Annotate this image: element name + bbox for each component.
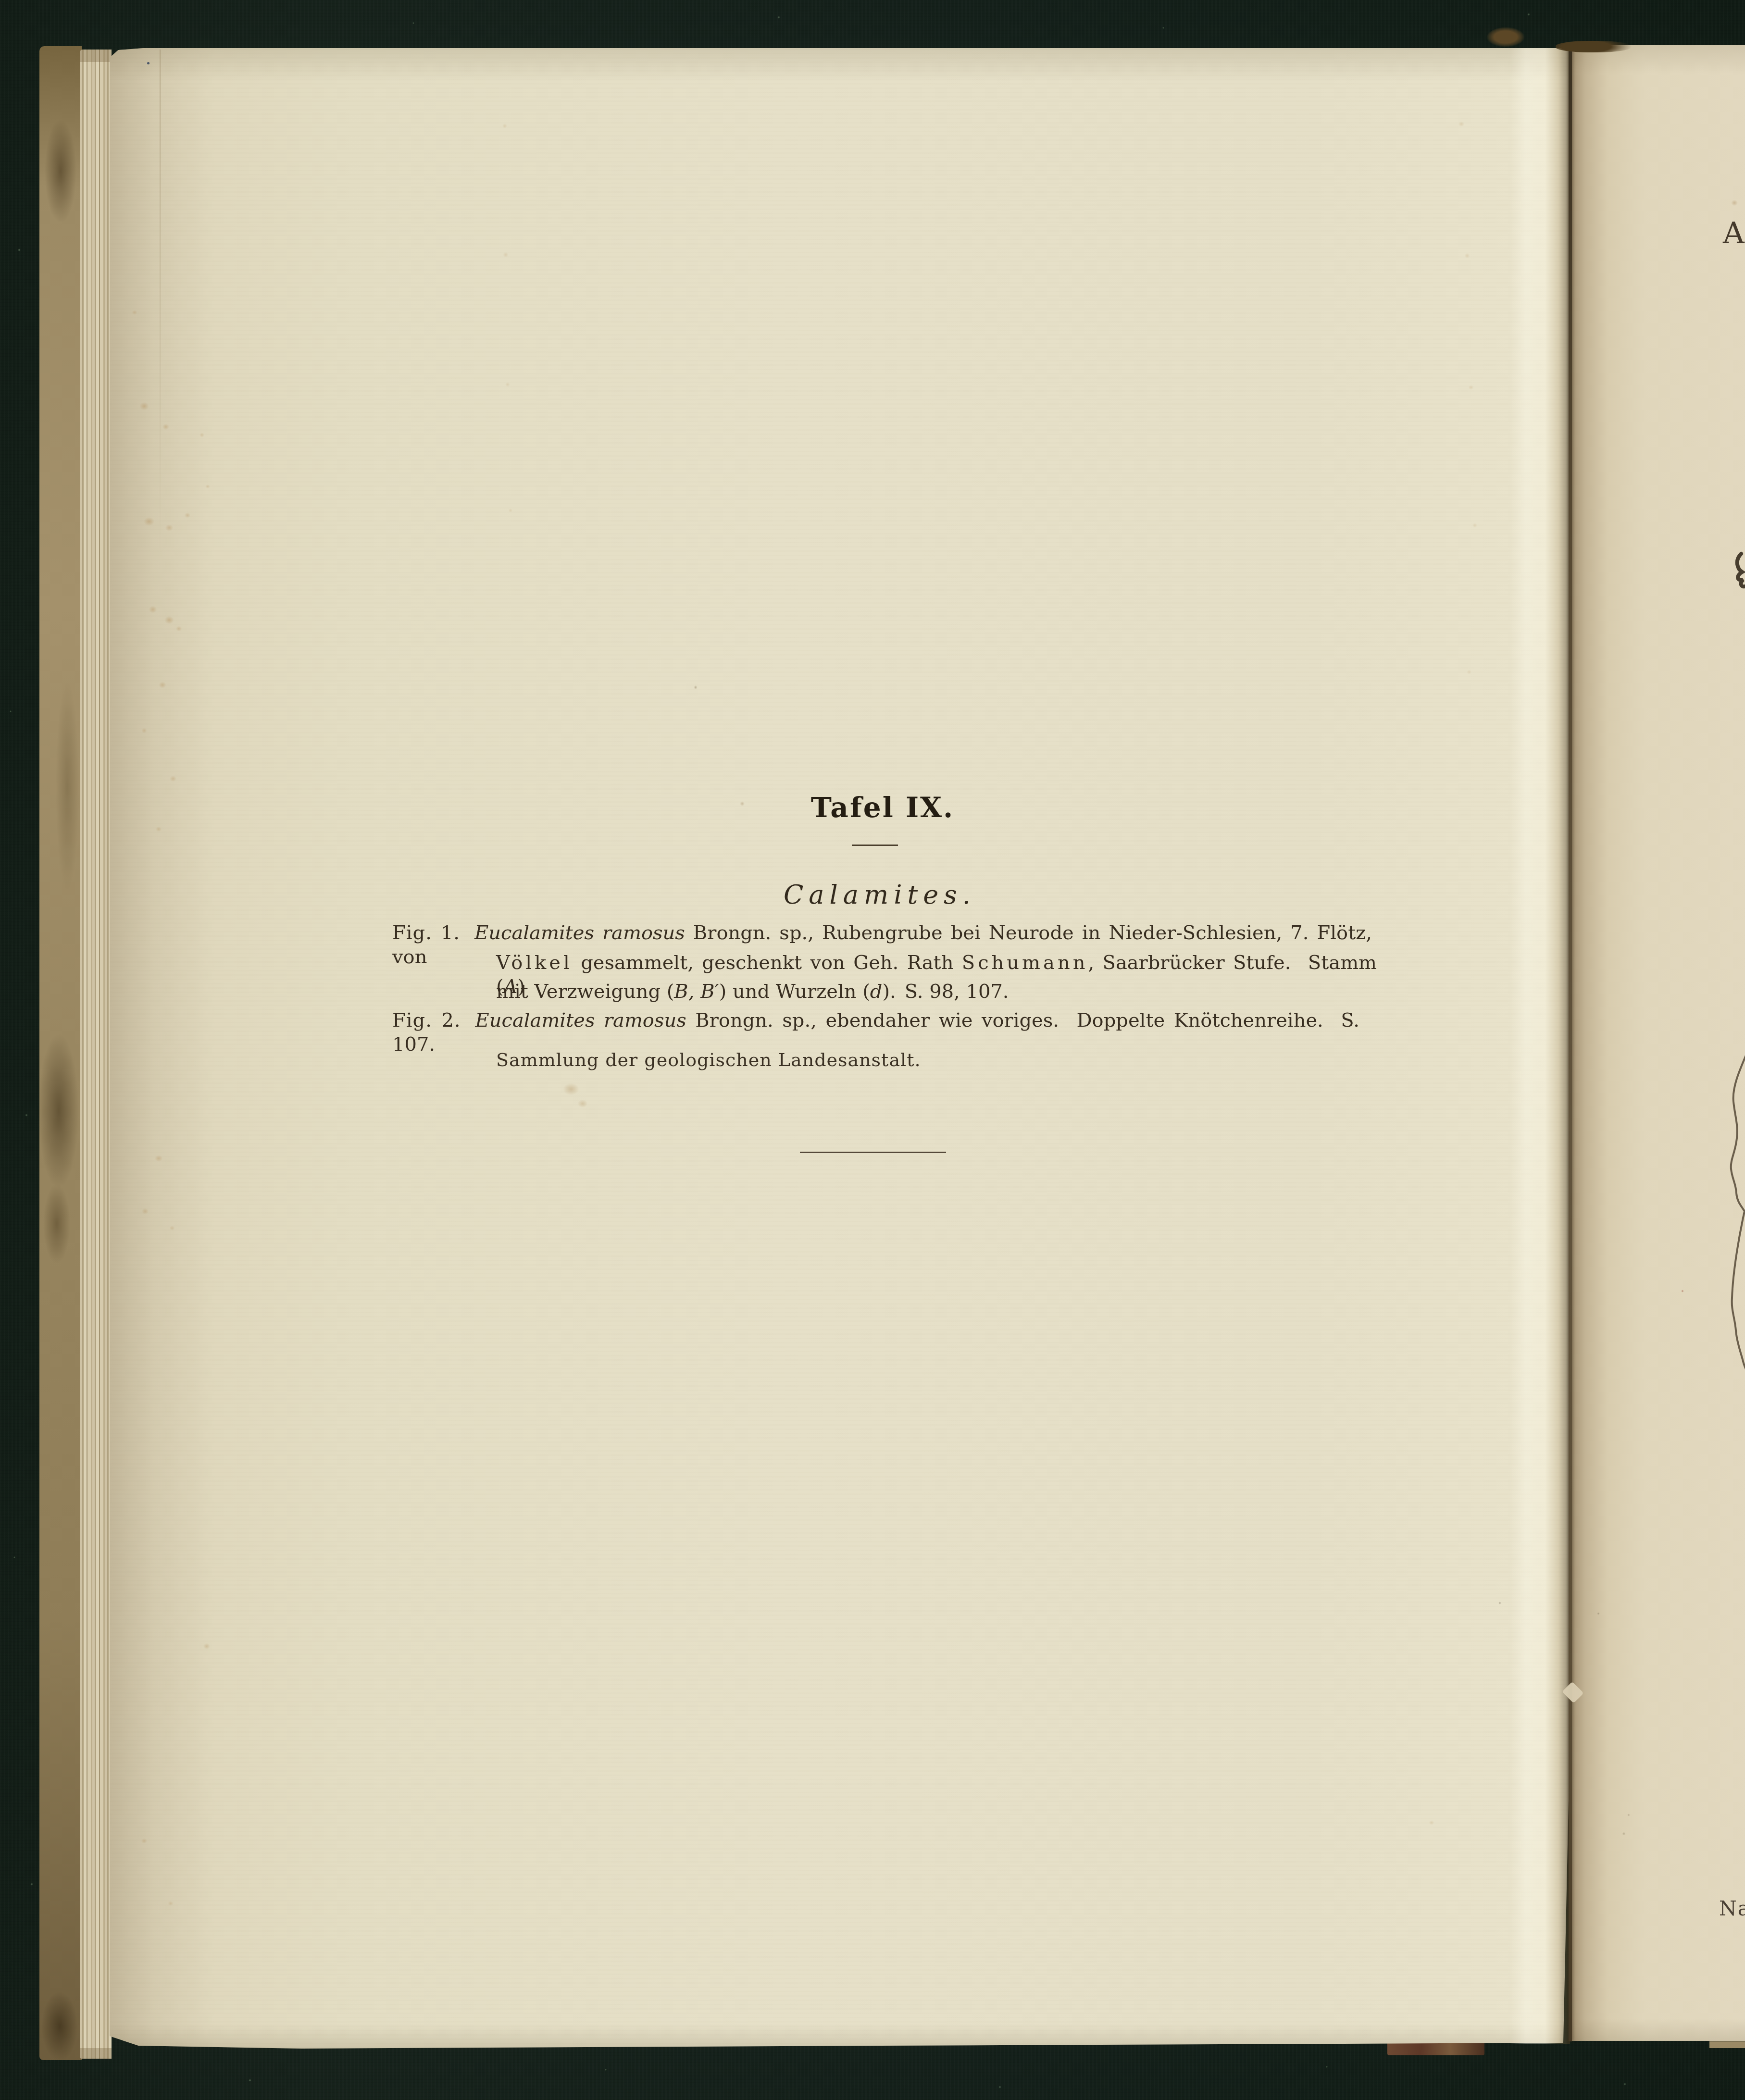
- heading-separator-rule: [852, 845, 898, 846]
- fig1-line3-mid: ) und Wurzeln (: [719, 981, 870, 1003]
- genus-heading: Calamites.: [784, 880, 976, 910]
- fig1-donor-spaced: Schumann: [962, 952, 1088, 974]
- fig2-species-italic: Eucalamites ramosus: [475, 1009, 686, 1031]
- facing-page-caption-fragment: Nac: [1719, 1897, 1745, 1920]
- binding-residue-background: [1486, 27, 1525, 47]
- fig1-collector-spaced: Völkel: [496, 952, 573, 974]
- fig1-line2-tail: , Saarbrücker Stufe.: [1088, 952, 1291, 974]
- page-gutter-line: [1569, 46, 1572, 2041]
- fig2-detail: Doppelte Knötchenreihe.: [1077, 1009, 1323, 1031]
- fig2-label: Fig. 2.: [392, 1009, 461, 1031]
- underlying-page-edge: [160, 50, 161, 559]
- footer-separator-rule: [800, 1152, 946, 1153]
- book-scan-scene: Tafel IX. Calamites. Fig. 1.Eucalamites …: [0, 0, 1745, 2100]
- fig1-line3: mit Verzweigung (B, B′) und Wurzeln (d).…: [496, 980, 1009, 1004]
- fig1-species-italic: Eucalamites ramosus: [474, 922, 685, 944]
- fig1-letter-d-italic: d: [870, 981, 883, 1003]
- ink-speck: [147, 62, 150, 64]
- right-facing-page: [1572, 45, 1745, 2041]
- fig1-line2-text: gesammelt, geschenkt von Geh. Rath: [581, 952, 953, 974]
- stacked-page-edges: [80, 50, 112, 2059]
- binding-residue-top: [1556, 41, 1632, 52]
- fig1-label: Fig. 1.: [392, 922, 460, 944]
- collection-note: Sammlung der geologischen Landesanstalt.: [496, 1049, 921, 1072]
- book-cover-fore-edge: [39, 46, 82, 2060]
- fig1-letters-BB-italic: B, B′: [674, 981, 719, 1003]
- fig1-line3-pre: mit Verzweigung (: [496, 981, 674, 1003]
- fig1-line3-tail: ).: [882, 981, 896, 1003]
- cover-edge-bottom-right-fragment: [1709, 2041, 1745, 2048]
- facing-page-header-fragment: A: [1723, 215, 1745, 250]
- gutter-highlight-shadow: [1509, 48, 1570, 2044]
- plate-heading: Tafel IX.: [801, 791, 964, 824]
- fig2-text: Brongn. sp., ebendaher wie voriges.: [695, 1009, 1059, 1031]
- fig1-page-refs: S. 98, 107.: [905, 981, 1009, 1003]
